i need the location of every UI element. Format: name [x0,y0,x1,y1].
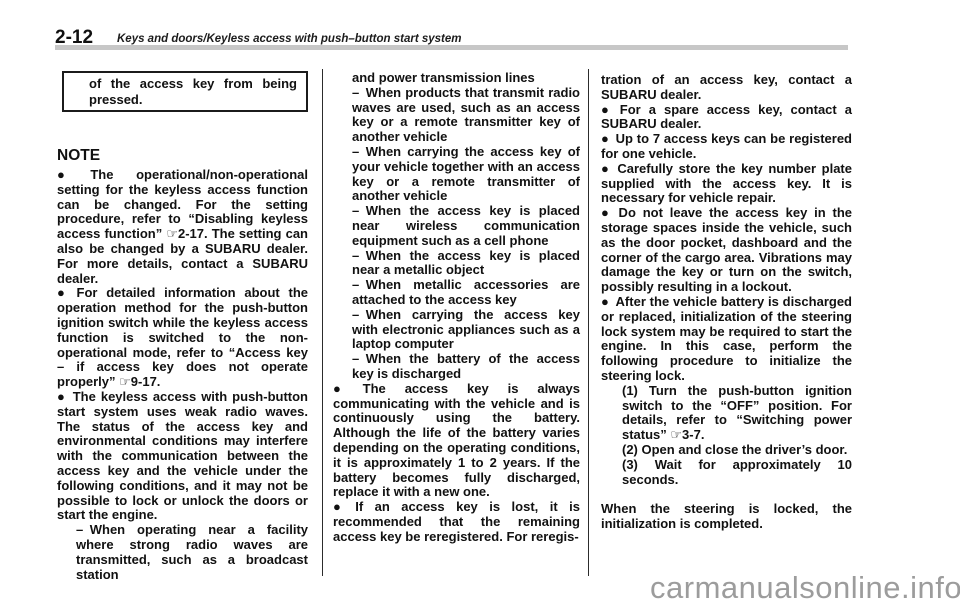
column-divider-1 [322,69,323,576]
numbered-step: (1) Turn the push-button ignition switch… [601,384,852,443]
bullet-item: ● The access key is always communicating… [333,382,580,500]
dash-item: – When the access key is placed near wir… [333,204,580,248]
continuation-text: and power transmission lines [333,71,580,86]
paragraph: When the steering is locked, the initial… [601,502,852,532]
bullet-item: ● The operational/non-operational settin… [57,168,308,286]
dash-item: – When operating near a facility where s… [57,523,308,582]
bullet-item: ● Carefully store the key number plate s… [601,162,852,206]
watermark: carmanualsonline.info [650,570,960,606]
numbered-step: (2) Open and close the driver’s door. [601,443,852,458]
dash-item: – When carrying the access key of your v… [333,145,580,204]
bullet-item: ● Up to 7 access keys can be registered … [601,132,852,162]
bullet-item: ● For a spare access key, contact a SUBA… [601,103,852,133]
bullet-item: ● After the vehicle battery is discharge… [601,295,852,384]
header-rule [55,45,848,50]
column-2: and power transmission lines– When produ… [333,71,580,545]
numbered-step: (3) Wait for approximately 10 seconds. [601,458,852,488]
dash-item: – When the battery of the access key is … [333,352,580,382]
column-divider-2 [588,69,589,576]
header-title: Keys and doors/Keyless access with push–… [117,33,461,45]
note-heading: NOTE [57,146,308,166]
bullet-item: ● Do not leave the access key in the sto… [601,206,852,295]
column-1: NOTE● The operational/non-operational se… [57,146,308,582]
bullet-item: ● The keyless access with push-button st… [57,390,308,523]
bullet-item: ● For detailed information about the ope… [57,286,308,390]
dash-item: – When metallic accessories are attached… [333,278,580,308]
column-3: tration of an access key, contact a SUBA… [601,73,852,532]
dash-item: – When products that transmit radio wave… [333,86,580,145]
dash-item: – When the access key is placed near a m… [333,249,580,279]
dash-item: – When carrying the access key with elec… [333,308,580,352]
page-number: 2-12 [55,27,93,49]
bullet-item: ● If an access key is lost, it is recomm… [333,500,580,544]
callout-text: of the access key from being pressed. [89,76,297,107]
paragraph: tration of an access key, contact a SUBA… [601,73,852,103]
manual-page: 2-12 Keys and doors/Keyless access with … [0,0,960,611]
callout-box: of the access key from being pressed. [62,71,308,112]
